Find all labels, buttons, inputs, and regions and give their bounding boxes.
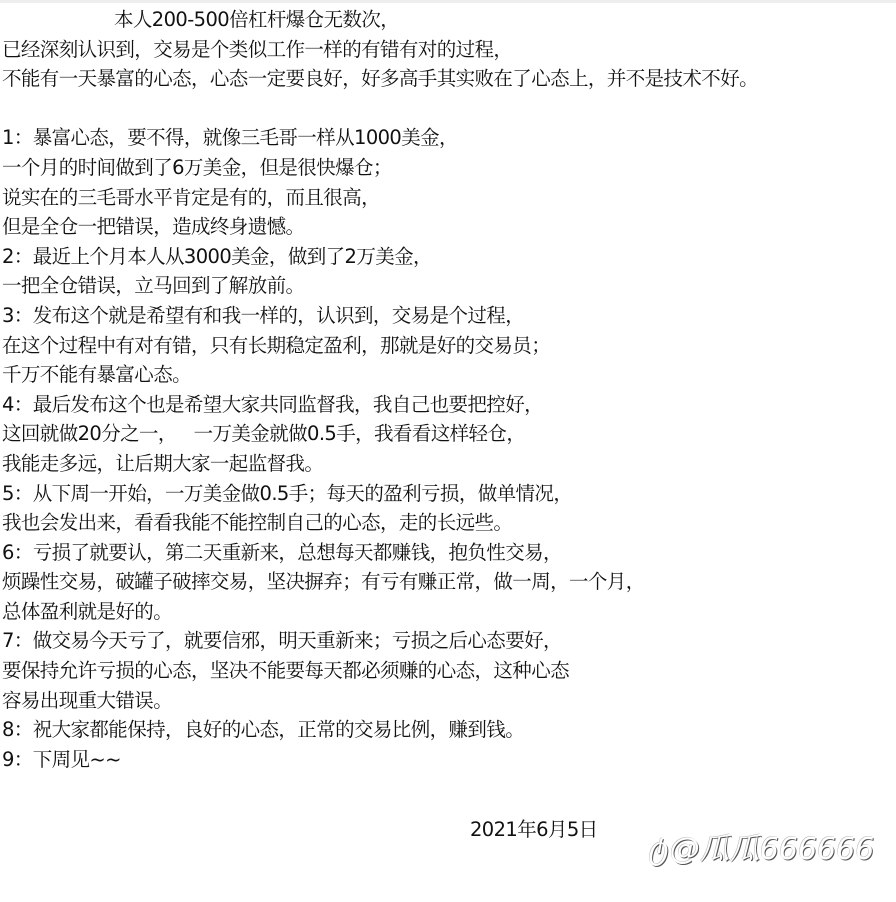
text-line-point-5: 5：从下周一开始，一万美金做0.5手；每天的盈利亏损，做单情况， <box>2 479 896 509</box>
blank-line <box>2 94 896 124</box>
top-border <box>0 0 896 3</box>
text-line: 不能有一天暴富的心态，心态一定要良好，好多高手其实败在了心态上，并不是技术不好。 <box>2 64 896 94</box>
document-body: 本人200-500倍杠杆爆仓无数次， 已经深刻认识到，交易是个类似工作一样的有错… <box>2 5 896 774</box>
text-line: 说实在的三毛哥水平肯定是有的，而且很高， <box>2 183 896 213</box>
watermark: ტ@瓜瓜666666 <box>648 830 874 870</box>
text-line-point-1: 1：暴富心态，要不得，就像三毛哥一样从1000美金， <box>2 123 896 153</box>
watermark-handle: @瓜瓜666666 <box>670 832 875 867</box>
text-line: 我也会发出来，看看我能不能控制自己的心态，走的长远些。 <box>2 508 896 538</box>
text-line-title: 本人200-500倍杠杆爆仓无数次， <box>2 5 896 35</box>
document-date: 2021年6月5日 <box>470 816 598 844</box>
text-line-point-8: 8：祝大家都能保持，良好的心态，正常的交易比例，赚到钱。 <box>2 715 896 745</box>
text-line: 千万不能有暴富心态。 <box>2 360 896 390</box>
weibo-logo-icon: ტ <box>648 830 668 870</box>
text-line: 我能走多远，让后期大家一起监督我。 <box>2 449 896 479</box>
text-line-point-3: 3：发布这个就是希望有和我一样的，认识到，交易是个过程， <box>2 301 896 331</box>
text-line-point-7: 7：做交易今天亏了，就要信邪，明天重新来；亏损之后心态要好， <box>2 626 896 656</box>
text-line: 这回就做20分之一， 一万美金就做0.5手，我看看这样轻仓， <box>2 419 896 449</box>
text-line: 总体盈利就是好的。 <box>2 597 896 627</box>
text-line: 要保持允许亏损的心态，坚决不能要每天都必须赚的心态，这种心态 <box>2 656 896 686</box>
text-line-point-9: 9：下周见~~ <box>2 745 896 775</box>
text-line-point-6: 6：亏损了就要认，第二天重新来，总想每天都赚钱，抱负性交易， <box>2 538 896 568</box>
text-line: 一把全仓错误，立马回到了解放前。 <box>2 271 896 301</box>
text-line: 在这个过程中有对有错，只有长期稳定盈利，那就是好的交易员； <box>2 331 896 361</box>
text-line: 容易出现重大错误。 <box>2 686 896 716</box>
text-line: 一个月的时间做到了6万美金，但是很快爆仓； <box>2 153 896 183</box>
text-line-point-2: 2：最近上个月本人从3000美金，做到了2万美金， <box>2 242 896 272</box>
text-line: 已经深刻认识到，交易是个类似工作一样的有错有对的过程， <box>2 35 896 65</box>
text-line: 烦躁性交易，破罐子破摔交易，坚决摒弃；有亏有赚正常，做一周，一个月， <box>2 567 896 597</box>
text-line-point-4: 4：最后发布这个也是希望大家共同监督我，我自己也要把控好， <box>2 390 896 420</box>
text-line: 但是全仓一把错误，造成终身遗憾。 <box>2 212 896 242</box>
